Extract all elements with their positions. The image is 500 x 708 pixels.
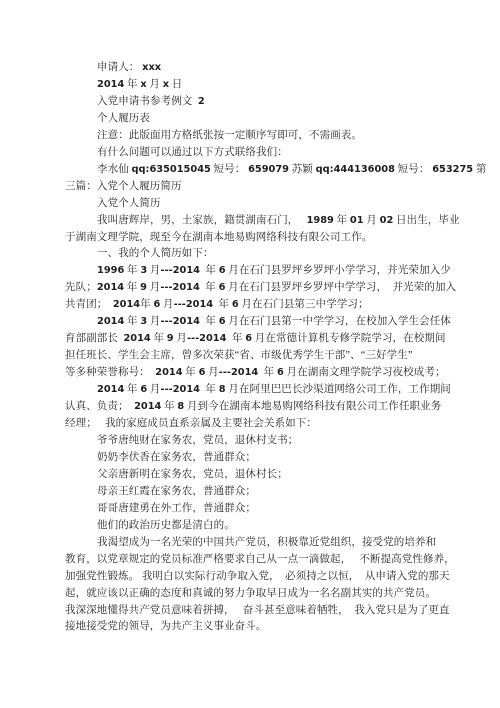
doc-line-date: 2014 年 x 月 x 日 bbox=[65, 77, 445, 94]
doc-line: 我叫唐辉岸，男，土家族，籍贯湖南石门， 1989 年 01 月 02 日出生，毕… bbox=[65, 213, 445, 230]
doc-line: 认真、负责； 2014 年 8 月到今在湖南本地易购网络科技有限公司工作任职业务 bbox=[65, 399, 445, 416]
doc-line-family-mother: 母亲王红霞在家务农，普通群众； bbox=[65, 484, 445, 501]
doc-line: 共青团； 2014年 6 月---2014 年 6 月在石门县第三中学学习； bbox=[65, 297, 445, 314]
doc-line: 育部副部长 2014 年 9 月---2014 年 6 月在常德计算机专修学院学… bbox=[65, 331, 445, 348]
doc-line-note: 注意：此版面用方格纸张按一定顺序写即可，不需画表。 bbox=[65, 128, 445, 145]
doc-line: 接地接受党的领导，为共产主义事业奋斗。 bbox=[65, 619, 445, 636]
doc-line-family-brother: 哥哥唐建勇在外工作，普通群众； bbox=[65, 501, 445, 518]
doc-line: 1996 年 3 月---2014 年 6 月在石门县罗坪乡罗坪小学学习，并光荣… bbox=[65, 263, 445, 280]
doc-line-family-grandfather: 爷爷唐纯财在家务农，党员，退休村支书； bbox=[65, 433, 445, 450]
doc-line-section-title: 入党个人简历 bbox=[65, 196, 445, 213]
doc-line: 担任班长、学生会主席，曾多次荣获“省、市级优秀学生干部”、“三好学生” bbox=[65, 348, 445, 365]
doc-line: 2014 年 3 月---2014 年 6 月在石门县第一中学学习，在校加入学生… bbox=[65, 314, 445, 331]
doc-line: 于湖南文理学院，现至今在湖南本地易购网络科技有限公司工作。 bbox=[65, 230, 445, 247]
document-text-block: 申请人： xxx 2014 年 x 月 x 日 入党申请书参考例文 2 个人履历… bbox=[65, 60, 445, 636]
doc-line-title-example: 入党申请书参考例文 2 bbox=[65, 94, 445, 111]
doc-line: 教育，以党章规定的党员标准严格要求自己从一点一滴做起， 不断提高党性修养， bbox=[65, 552, 445, 569]
doc-line: 加强党性锻炼。 我明白以实际行动争取入党， 必须持之以恒， 从申请入党的那天 bbox=[65, 569, 445, 586]
document-page: 申请人： xxx 2014 年 x 月 x 日 入党申请书参考例文 2 个人履历… bbox=[0, 0, 500, 708]
doc-line: 我渴望成为一名光荣的中国共产党员，积极靠近党组织，接受党的培养和 bbox=[65, 535, 445, 552]
doc-line-family-grandmother: 奶奶李伏香在家务农，普通群众； bbox=[65, 450, 445, 467]
doc-line-family-father: 父亲唐新明在家务农，党员，退休村长； bbox=[65, 467, 445, 484]
doc-line-contact-intro: 有什么问题可以通过以下方式联络我们： bbox=[65, 145, 445, 162]
doc-line: 他们的政治历史都是清白的。 bbox=[65, 518, 445, 535]
doc-line: 经理； 我的家庭成员直系亲属及主要社会关系如下： bbox=[65, 416, 445, 433]
doc-line-contact-info: 李水仙 qq:635015045 短号： 659079 苏颖 qq:444136… bbox=[65, 162, 445, 179]
doc-line: 2014 年 6 月---2014 年 8 月在阿里巴巴长沙渠道网络公司工作，工… bbox=[65, 382, 445, 399]
doc-line: 三篇：入党个人履历简历 bbox=[65, 179, 445, 196]
doc-line-list-header: 一、我的个人简历如下： bbox=[65, 246, 445, 263]
doc-line-resume-table-title: 个人履历表 bbox=[65, 111, 445, 128]
doc-line-applicant: 申请人： xxx bbox=[65, 60, 445, 77]
doc-line: 起，就应该以正确的态度和真诚的努力争取早日成为一名名副其实的共产党员。 bbox=[65, 586, 445, 603]
doc-line: 先队；2014 年 9 月---2014 年 6 月在石门县罗坪乡罗坪中学学习，… bbox=[65, 280, 445, 297]
doc-line: 等多种荣誉称号： 2014 年 6 月---2014 年 6 月在湖南文理学院学… bbox=[65, 365, 445, 382]
doc-line: 我深深地懂得共产党员意味着拼搏， 奋斗甚至意味着牺牲， 我入党只是为了更直 bbox=[65, 603, 445, 620]
